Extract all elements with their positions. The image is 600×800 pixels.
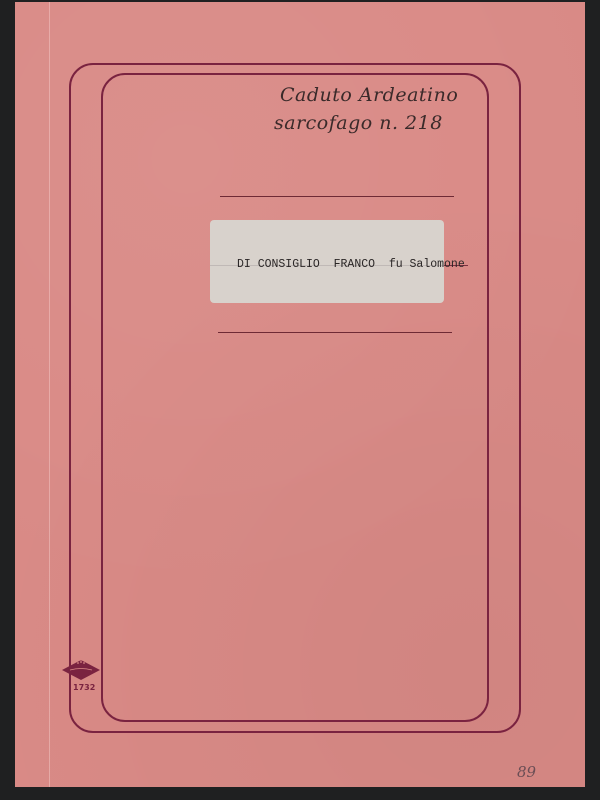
spine-crease: [49, 2, 50, 787]
top-rule-line: [220, 196, 454, 197]
logo-code: 1732: [73, 683, 95, 692]
bottom-rule-line: [218, 332, 452, 333]
label-typed-text: DI CONSIGLIO FRANCO fu Salomone: [237, 258, 465, 271]
handwritten-note-line1: Caduto Ardeatino: [280, 84, 458, 106]
handwritten-note-line2: sarcofago n. 218: [274, 112, 443, 134]
inner-frame-border: [101, 73, 489, 722]
page-number: 89: [517, 763, 536, 781]
